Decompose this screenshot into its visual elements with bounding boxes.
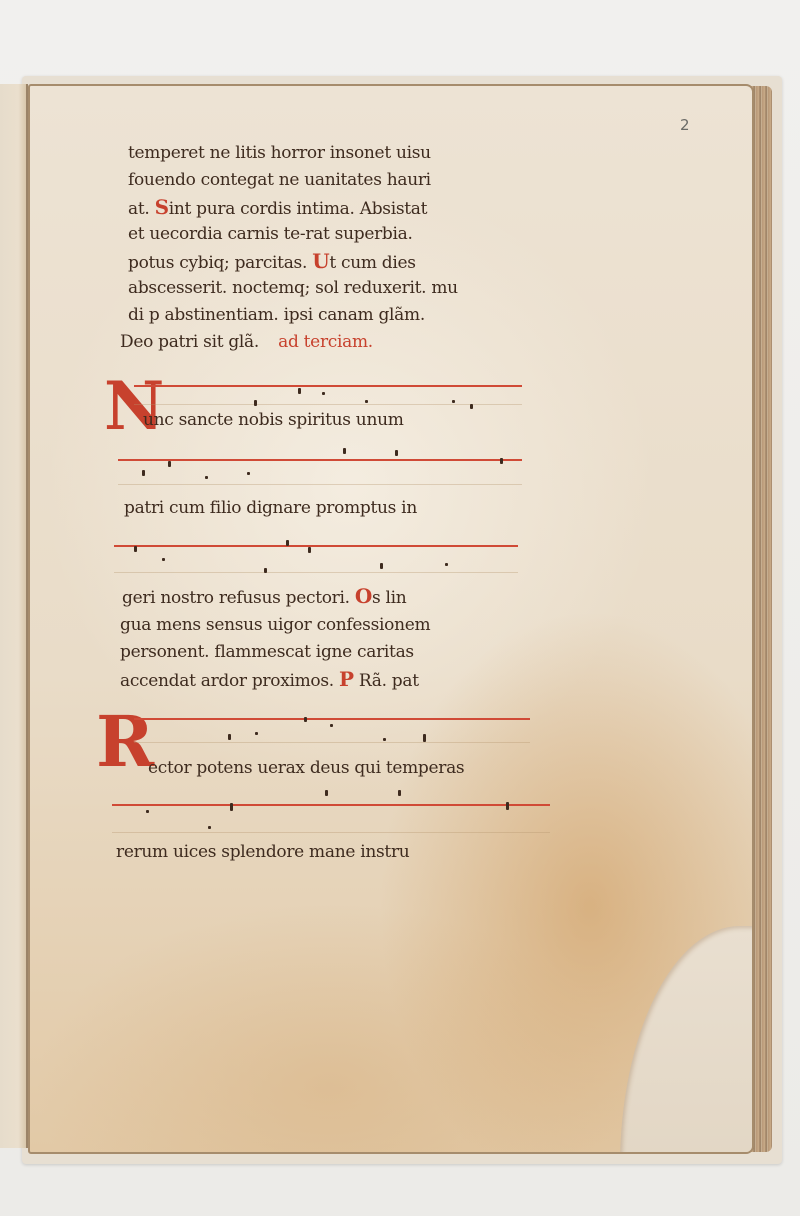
initial-n: N xyxy=(104,368,164,444)
neume xyxy=(162,558,165,561)
chant-text-line: rerum uices splendore mane instru xyxy=(116,842,409,862)
staff-line xyxy=(112,804,550,806)
neume xyxy=(134,546,137,552)
ruling-line xyxy=(134,742,530,743)
neume xyxy=(168,461,171,467)
neume xyxy=(445,563,448,566)
neume xyxy=(208,826,211,829)
ruling-line xyxy=(118,484,522,485)
staff-line xyxy=(114,545,518,547)
rubric-initial-u: U xyxy=(312,249,329,273)
neume xyxy=(423,734,426,742)
neume xyxy=(506,802,509,810)
neume xyxy=(380,563,383,569)
neume xyxy=(343,448,346,454)
neume xyxy=(228,734,231,740)
facing-page-edge xyxy=(0,84,28,1148)
neume xyxy=(247,472,250,475)
damaged-corner xyxy=(620,926,754,1154)
neume xyxy=(383,738,386,741)
text-line: accendat ardor proximos. P Rã. pat xyxy=(120,666,540,693)
neume xyxy=(142,470,145,476)
neume xyxy=(500,458,503,464)
neume xyxy=(470,404,473,409)
neume xyxy=(308,547,311,553)
text-line: di p abstinentiam. ipsi canam glãm. xyxy=(128,302,548,329)
ruling-line xyxy=(112,832,550,833)
neume xyxy=(322,392,325,395)
rubric-ad-terciam: ad terciam. xyxy=(278,332,373,352)
chant-text-line: geri nostro refusus pectori. Os lin xyxy=(122,584,406,608)
text-line: gua mens sensus uigor confessionem xyxy=(120,612,540,639)
chant-text-line: ector potens uerax deus qui temperas xyxy=(148,758,464,778)
text-line: personent. flammescat igne caritas xyxy=(120,639,540,666)
chant-text-line: unc sancte nobis spiritus unum xyxy=(143,410,404,430)
text-line: potus cybiq; parcitas. Ut cum dies xyxy=(128,248,548,275)
neume xyxy=(325,790,328,796)
neume xyxy=(304,717,307,722)
text-line: Deo patri sit glã. ad terciam. xyxy=(120,329,548,356)
ruling-line xyxy=(134,404,522,405)
neume xyxy=(330,724,333,727)
staff-line xyxy=(118,459,522,461)
text-line: abscesserit. noctemq; sol reduxerit. mu xyxy=(128,275,548,302)
text-line: at. Sint pura cordis intima. Absistat xyxy=(128,194,548,221)
rubric-initial-p: P xyxy=(339,667,354,691)
text-line: fouendo contegat ne uanitates hauri xyxy=(128,167,548,194)
prose-text-block: gua mens sensus uigor confessionem perso… xyxy=(120,612,540,693)
neume xyxy=(298,388,301,394)
ruling-line xyxy=(114,572,518,573)
text-line: temperet ne litis horror insonet uisu xyxy=(128,140,548,167)
neume xyxy=(254,400,257,406)
chant-text-line: patri cum filio dignare promptus in xyxy=(124,498,417,518)
neume xyxy=(230,803,233,811)
neume xyxy=(398,790,401,796)
neume xyxy=(395,450,398,456)
rubric-initial-o: O xyxy=(355,584,372,608)
staff-line xyxy=(134,385,522,387)
neume xyxy=(146,810,149,813)
folio-number: 2 xyxy=(680,116,690,134)
neume xyxy=(255,732,258,735)
neume xyxy=(286,540,289,546)
staff-line xyxy=(134,718,530,720)
hymn-text-block: temperet ne litis horror insonet uisu fo… xyxy=(128,140,548,356)
neume xyxy=(205,476,208,479)
neume xyxy=(452,400,455,403)
text-line: et uecordia carnis te-rat superbia. xyxy=(128,221,548,248)
rubric-initial-s: S xyxy=(155,195,169,219)
neume xyxy=(264,568,267,573)
neume xyxy=(365,400,368,403)
